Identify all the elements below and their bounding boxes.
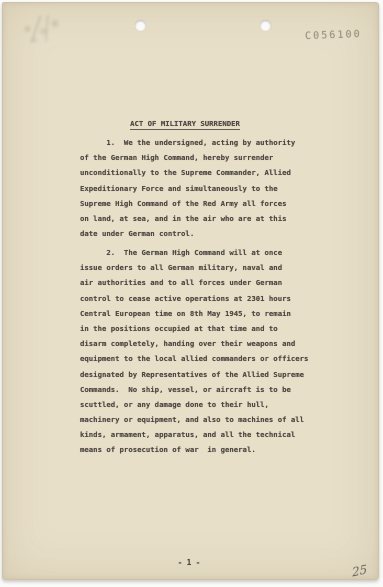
reference-number-stamp: C056100 [305, 30, 362, 42]
title-row: ACT OF MILITARY SURRENDER [80, 111, 306, 130]
document-title: ACT OF MILITARY SURRENDER [130, 119, 240, 130]
typed-line: Commands. No ship, vessel, or aircraft i… [80, 382, 320, 397]
handwritten-page-mark: 25 [352, 562, 368, 579]
typed-line: of the German High Command, hereby surre… [80, 150, 320, 165]
typed-line: scuttled, or any damage done to their hu… [80, 397, 320, 412]
typed-line: on land, at sea, and in the air who are … [80, 211, 320, 226]
typed-line: in the positions occupied at that time a… [80, 321, 320, 336]
typed-line: means of prosecution of war in general. [80, 442, 320, 457]
scanned-document-photo: C056100 ACT OF MILITARY SURRENDER 1. We … [0, 0, 383, 587]
typed-line: Central European time on 8th May 1945, t… [80, 306, 320, 321]
punch-hole-right [260, 20, 271, 31]
typed-line: designated by Representatives of the All… [80, 367, 320, 382]
typed-line: 1. We the undersigned, acting by authori… [80, 135, 320, 150]
typed-line: 2. The German High Command will at once [80, 245, 320, 260]
typed-line: date under German control. [80, 226, 320, 241]
typed-line: issue orders to all German military, nav… [80, 260, 320, 275]
typed-line: air authorities and to all forces under … [80, 275, 320, 290]
punch-hole-left [135, 20, 146, 31]
faint-pencil-smudge [8, 13, 72, 45]
paragraph-2: 2. The German High Command will at oncei… [80, 245, 320, 458]
typed-line: machinery or equipment, and also to mach… [80, 412, 320, 427]
typed-line: equipment to the local allied commanders… [80, 351, 320, 366]
typed-line: control to cease active operations at 23… [80, 291, 320, 306]
page-number: - 1 - [76, 558, 302, 567]
paragraph-1: 1. We the undersigned, acting by authori… [80, 135, 320, 241]
paper-sheet: C056100 ACT OF MILITARY SURRENDER 1. We … [2, 2, 379, 580]
typed-line: kinds, armament, apparatus, and all the … [80, 427, 320, 442]
typed-line: Supreme High Command of the Red Army all… [80, 196, 320, 211]
typed-line: disarm completely, handing over their we… [80, 336, 320, 351]
typed-line: Expeditionary Force and simultaneously t… [80, 181, 320, 196]
typed-line: unconditionally to the Supreme Commander… [80, 165, 320, 180]
